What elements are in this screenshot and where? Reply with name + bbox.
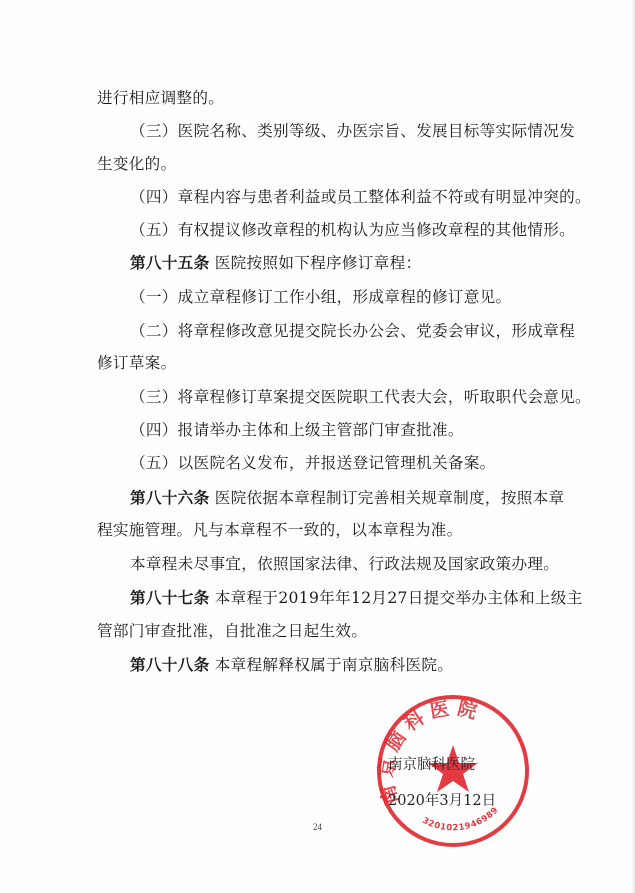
article-86: 第八十六条 医院依据本章程制订完善相关规章制度，按照本章 bbox=[130, 488, 564, 508]
article-heading: 第八十六条 bbox=[130, 488, 209, 507]
text-line: （四）章程内容与患者利益或员工整体利益不符或有明显冲突的。 bbox=[130, 187, 591, 207]
article-heading: 第八十五条 bbox=[130, 253, 209, 272]
text-line: （五）以医院名义发布，并报送登记管理机关备案。 bbox=[130, 453, 496, 473]
text-line: （三）将章程修订草案提交医院职工代表大会，听取职代会意见。 bbox=[130, 387, 591, 407]
article-88: 第八十八条 本章程解释权属于南京脑科医院。 bbox=[130, 655, 453, 675]
article-body: 医院依据本章程制订完善相关规章制度，按照本章 bbox=[209, 489, 564, 507]
article-body: 本章程解释权属于南京脑科医院。 bbox=[209, 656, 453, 674]
document-page: 进行相应调整的。 （三）医院名称、类别等级、办医宗旨、发展目标等实际情况发 生变… bbox=[0, 0, 635, 893]
signature-date: 2020年3月12日 bbox=[388, 789, 496, 810]
article-body: 医院按照如下程序修订章程： bbox=[209, 254, 421, 272]
page-number: 24 bbox=[313, 822, 322, 832]
text-line: （二）将章程修改意见提交院长办公会、党委会审议，形成章程 bbox=[130, 321, 575, 341]
signature-organization: 南京脑科医院 bbox=[388, 753, 475, 774]
article-body: 本章程于2019年年12月27日提交举办主体和上级主 bbox=[209, 589, 582, 607]
article-heading: 第八十七条 bbox=[130, 588, 209, 607]
text-line: （三）医院名称、类别等级、办医宗旨、发展目标等实际情况发 bbox=[130, 121, 575, 141]
text-line: 程实施管理。凡与本章程不一致的，以本章程为准。 bbox=[97, 520, 463, 540]
text-line: 进行相应调整的。 bbox=[97, 88, 224, 108]
text-line: （四）报请举办主体和上级主管部门审查批准。 bbox=[130, 420, 464, 440]
text-line: 本章程未尽事宜，依照国家法律、行政法规及国家政策办理。 bbox=[130, 554, 559, 574]
article-heading: 第八十八条 bbox=[130, 655, 209, 674]
article-85: 第八十五条 医院按照如下程序修订章程： bbox=[130, 253, 421, 273]
article-87: 第八十七条 本章程于2019年年12月27日提交举办主体和上级主 bbox=[130, 588, 583, 608]
text-line: 修订草案。 bbox=[97, 353, 176, 373]
text-line: 管部门审查批准，自批准之日起生效。 bbox=[97, 621, 367, 641]
text-line: （一）成立章程修订工作小组，形成章程的修订意见。 bbox=[130, 287, 511, 307]
text-line: （五）有权提议修改章程的机构认为应当修改章程的其他情形。 bbox=[130, 220, 575, 240]
page-edge bbox=[631, 0, 635, 893]
text-line: 生变化的。 bbox=[97, 154, 176, 174]
